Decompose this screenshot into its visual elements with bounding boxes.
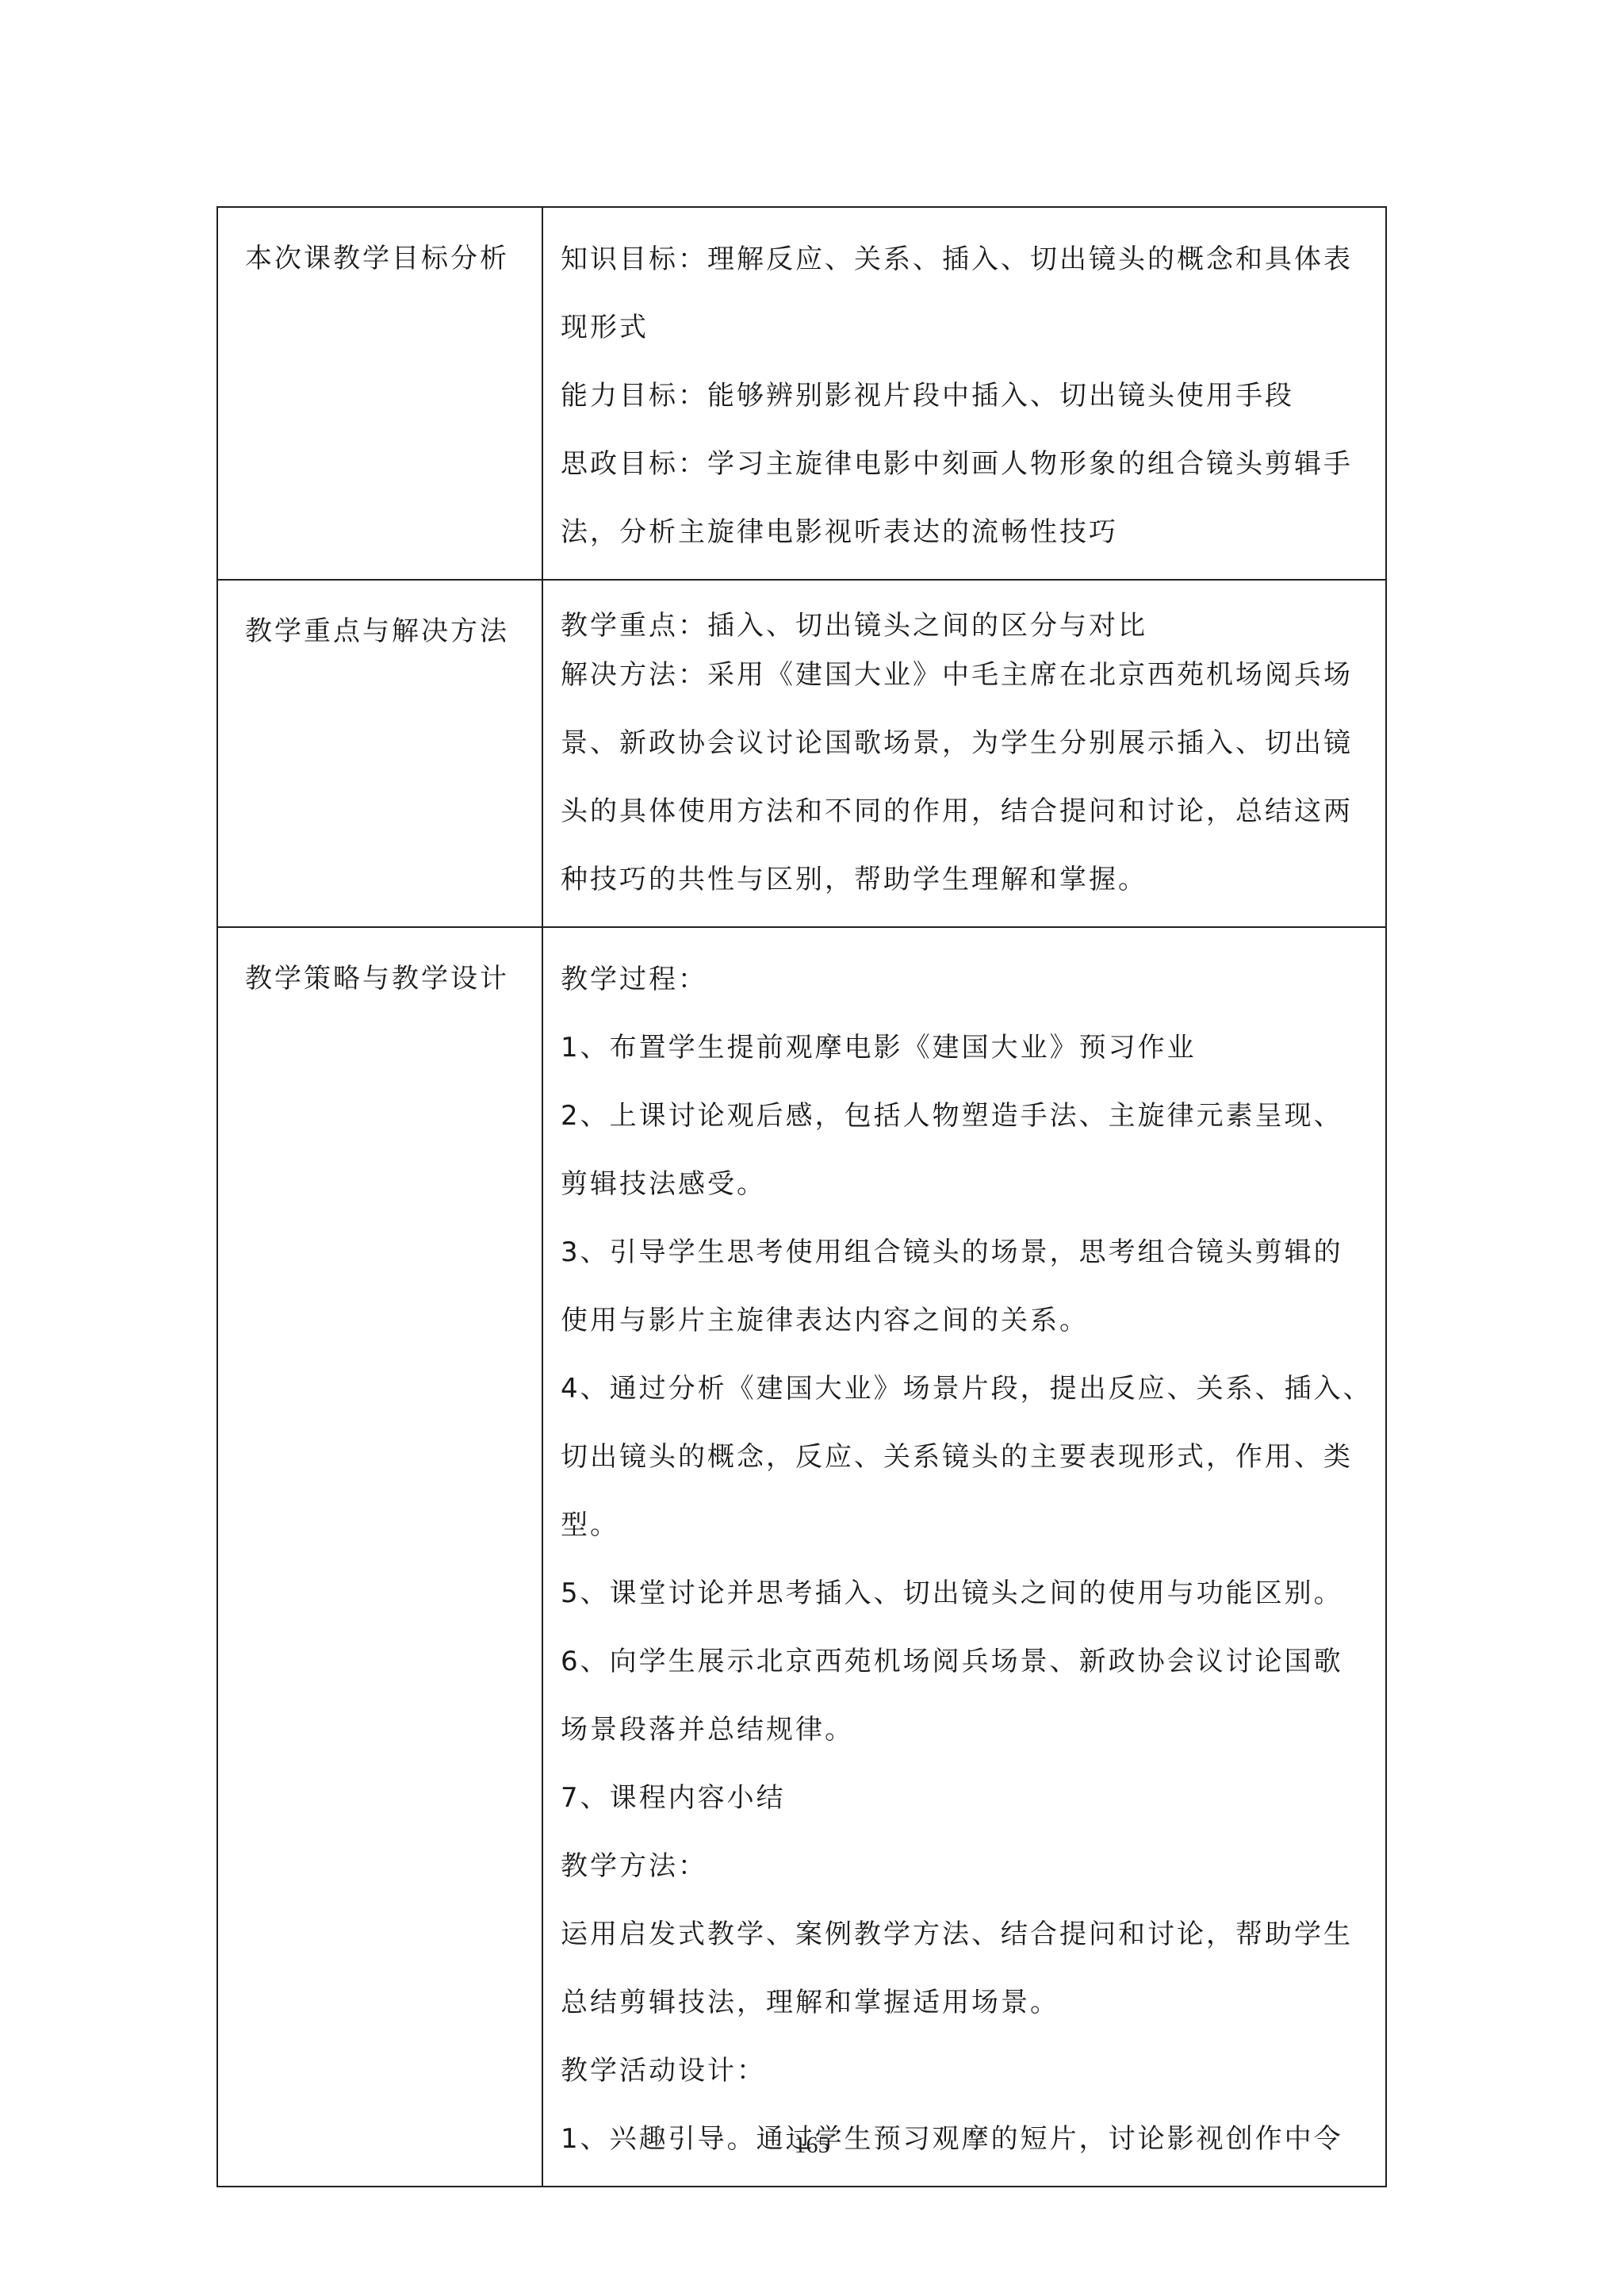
content-line: 型。 [561, 1497, 1373, 1566]
content-line: 运用启发式教学、案例教学方法、结合提问和讨论，帮助学生 [561, 1907, 1373, 1975]
content-line: 4、通过分析《建国大业》场景片段，提出反应、关系、插入、 [561, 1361, 1373, 1429]
row-label: 教学重点与解决方法 [217, 580, 542, 927]
content-line: 1、布置学生提前观摩电影《建国大业》预习作业 [561, 1020, 1373, 1088]
row-content: 教学重点：插入、切出镜头之间的区分与对比 解决方法：采用《建国大业》中毛主席在北… [542, 580, 1386, 927]
lesson-plan-table: 本次课教学目标分析 知识目标：理解反应、关系、插入、切出镜头的概念和具体表 现形… [216, 206, 1387, 2187]
page-number: 165 [0, 2132, 1624, 2159]
table-row-key-points: 教学重点与解决方法 教学重点：插入、切出镜头之间的区分与对比 解决方法：采用《建… [217, 580, 1386, 927]
content-line: 总结剪辑技法，理解和掌握适用场景。 [561, 1975, 1373, 2043]
content-line: 7、课程内容小结 [561, 1770, 1373, 1838]
table-row-teaching-objectives: 本次课教学目标分析 知识目标：理解反应、关系、插入、切出镜头的概念和具体表 现形… [217, 207, 1386, 580]
content-line: 思政目标：学习主旋律电影中刻画人物形象的组合镜头剪辑手 [561, 436, 1373, 504]
content-line: 种技巧的共性与区别，帮助学生理解和掌握。 [561, 852, 1373, 920]
content-line: 场景段落并总结规律。 [561, 1702, 1373, 1770]
content-line: 教学重点：插入、切出镜头之间的区分与对比 [561, 604, 1373, 647]
row-content: 知识目标：理解反应、关系、插入、切出镜头的概念和具体表 现形式 能力目标：能够辨… [542, 207, 1386, 580]
content-line: 头的具体使用方法和不同的作用，结合提问和讨论，总结这两 [561, 784, 1373, 852]
row-label: 本次课教学目标分析 [217, 207, 542, 580]
content-line: 解决方法：采用《建国大业》中毛主席在北京西苑机场阅兵场 [561, 647, 1373, 715]
content-line: 教学活动设计： [561, 2043, 1373, 2111]
content-line: 使用与影片主旋律表达内容之间的关系。 [561, 1293, 1373, 1361]
content-line: 切出镜头的概念，反应、关系镜头的主要表现形式，作用、类 [561, 1429, 1373, 1497]
content-line: 5、课堂讨论并思考插入、切出镜头之间的使用与功能区别。 [561, 1566, 1373, 1634]
content-line: 教学方法： [561, 1838, 1373, 1907]
row-label: 教学策略与教学设计 [217, 927, 542, 2187]
content-line: 剪辑技法感受。 [561, 1156, 1373, 1225]
content-line: 知识目标：理解反应、关系、插入、切出镜头的概念和具体表 [561, 232, 1373, 300]
content-line: 2、上课讨论观后感，包括人物塑造手法、主旋律元素呈现、 [561, 1088, 1373, 1156]
table-row-strategy-design: 教学策略与教学设计 教学过程： 1、布置学生提前观摩电影《建国大业》预习作业 2… [217, 927, 1386, 2187]
content-line: 教学过程： [561, 952, 1373, 1020]
content-line: 能力目标：能够辨别影视片段中插入、切出镜头使用手段 [561, 368, 1373, 436]
row-content: 教学过程： 1、布置学生提前观摩电影《建国大业》预习作业 2、上课讨论观后感，包… [542, 927, 1386, 2187]
content-line: 现形式 [561, 300, 1373, 368]
content-line: 法，分析主旋律电影视听表达的流畅性技巧 [561, 504, 1373, 573]
content-line: 6、向学生展示北京西苑机场阅兵场景、新政协会议讨论国歌 [561, 1634, 1373, 1702]
content-line: 景、新政协会议讨论国歌场景，为学生分别展示插入、切出镜 [561, 715, 1373, 784]
content-line: 3、引导学生思考使用组合镜头的场景，思考组合镜头剪辑的 [561, 1225, 1373, 1293]
